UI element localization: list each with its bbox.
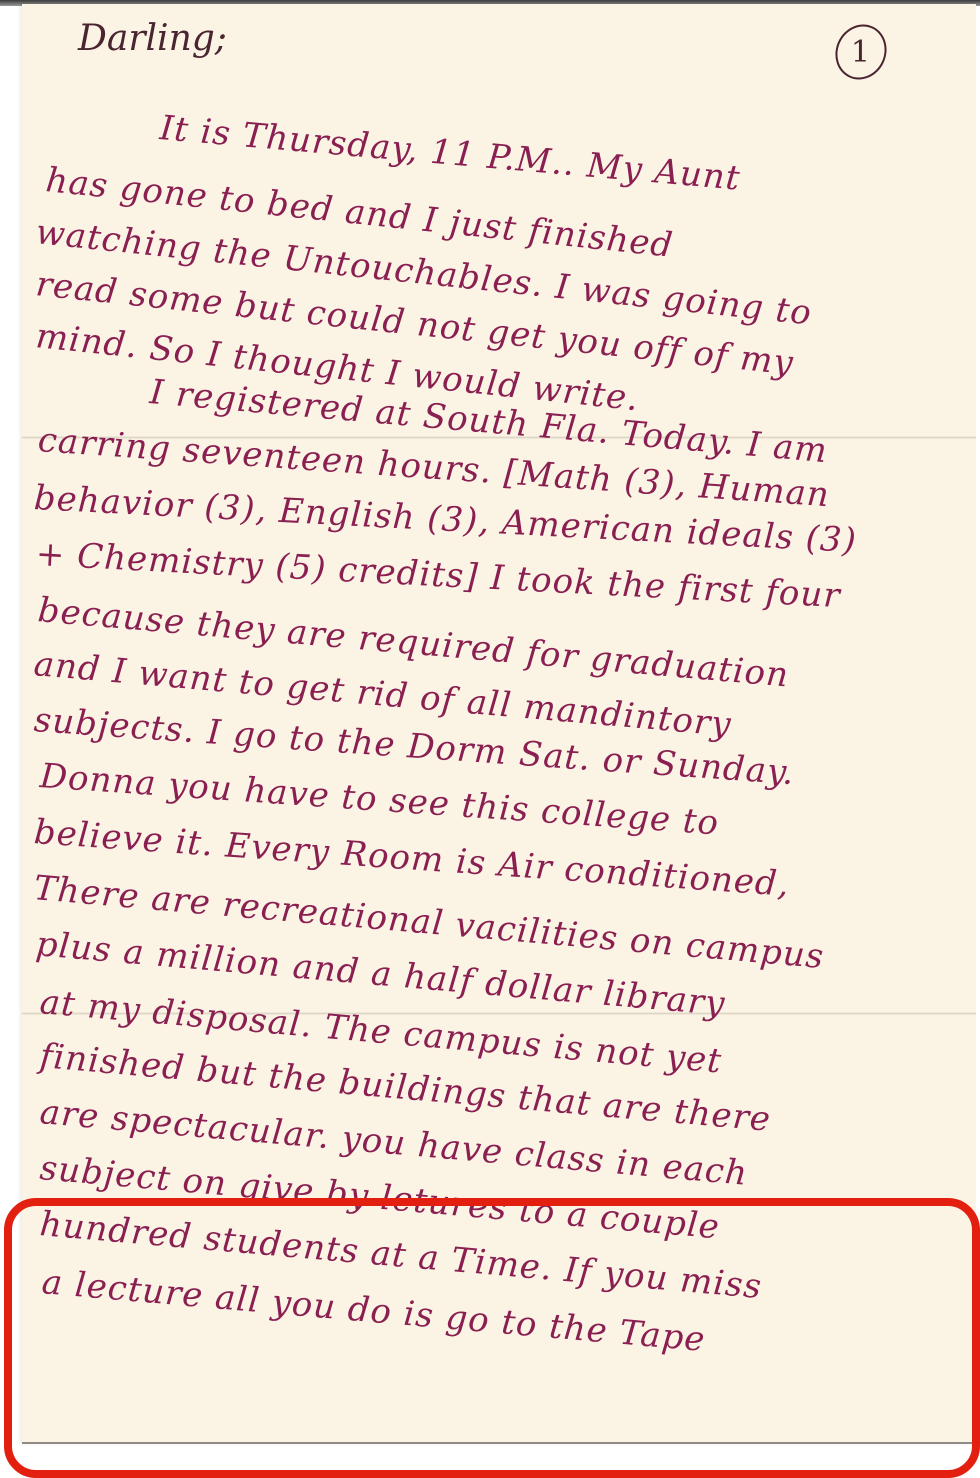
page-number-value: 1 bbox=[851, 35, 870, 70]
letter-salutation: Darling; bbox=[78, 18, 227, 59]
